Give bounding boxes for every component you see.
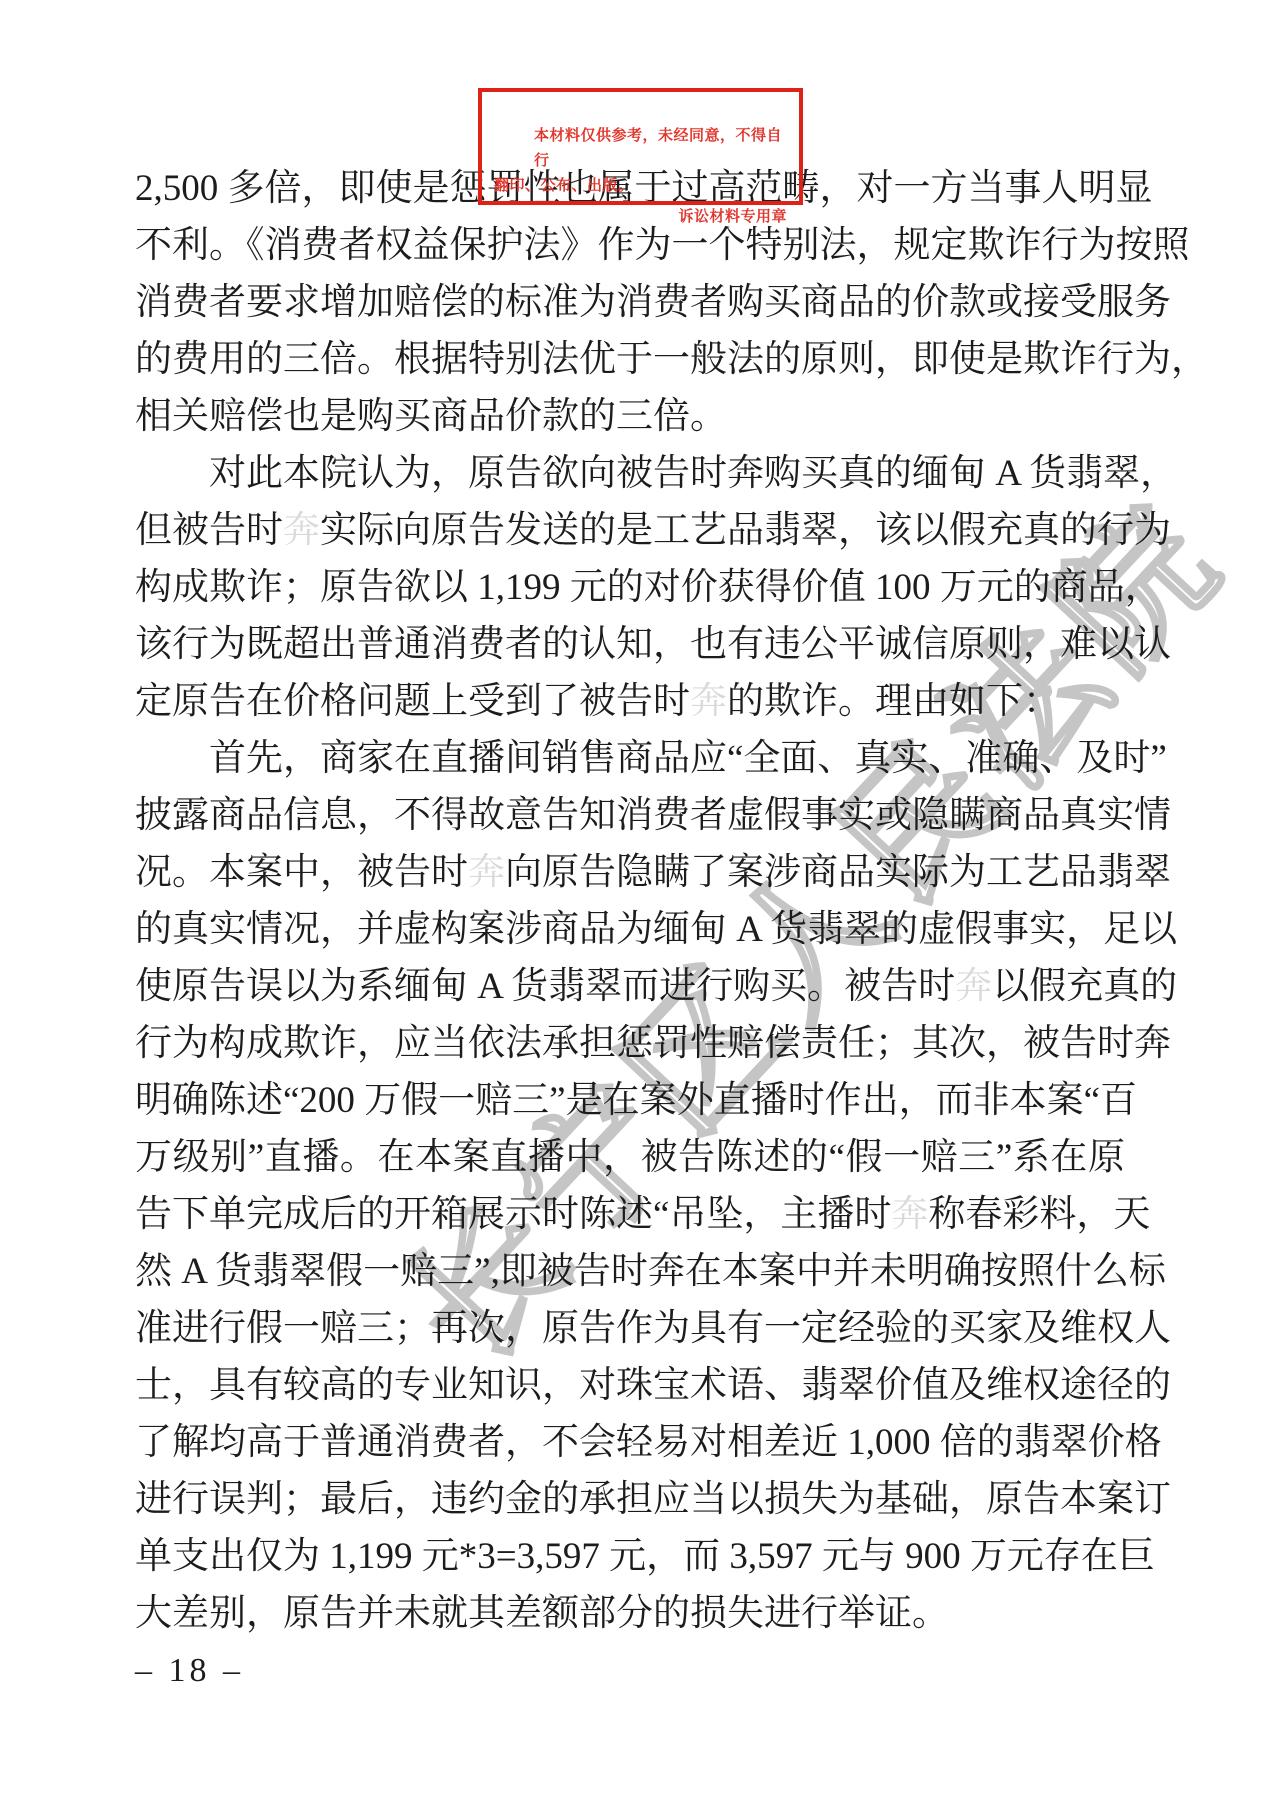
text-line: 进行误判；最后，违约金的承担应当以损失为基础，原告本案订 xyxy=(135,1471,1125,1528)
text-line: 定原告在价格问题上受到了被告时奔的欺诈。理由如下： xyxy=(135,673,1125,730)
text-line: 告下单完成后的开箱展示时陈述“吊坠，主播时奔称春彩料，天 xyxy=(135,1186,1125,1243)
page-number: – 18 – xyxy=(135,1652,244,1690)
text-line: 对此本院认为，原告欲向被告时奔购买真的缅甸 A 货翡翠， xyxy=(135,445,1125,502)
confidential-stamp: 本材料仅供参考，未经同意，不得自行 翻印、公布、出版。 诉讼材料专用章 xyxy=(478,88,803,205)
text-line: 相关赔偿也是购买商品价款的三倍。 xyxy=(135,388,1125,445)
text-line: 然 A 货翡翠假一赔三”,即被告时奔在本案中并未明确按照什么标 xyxy=(135,1243,1125,1300)
text-line: 准进行假一赔三；再次，原告作为具有一定经验的买家及维权人 xyxy=(135,1300,1125,1357)
text-line: 但被告时奔实际向原告发送的是工艺品翡翠，该以假充真的行为 xyxy=(135,502,1125,559)
text-line: 万级别”直播。在本案直播中，被告陈述的“假一赔三”系在原 xyxy=(135,1129,1125,1186)
text-line: 首先，商家在直播间销售商品应“全面、真实、准确、及时” xyxy=(135,730,1125,787)
text-line: 单支出仅为 1,199 元*3=3,597 元，而 3,597 元与 900 万… xyxy=(135,1528,1125,1585)
document-page: 长宁区人民法院 本材料仅供参考，未经同意，不得自行 翻印、公布、出版。 诉讼材料… xyxy=(0,0,1280,1811)
text-line: 大差别，原告并未就其差额部分的损失进行举证。 xyxy=(135,1585,1125,1642)
text-line: 的费用的三倍。根据特别法优于一般法的原则，即使是欺诈行为， xyxy=(135,331,1125,388)
stamp-notice-line-1: 本材料仅供参考，未经同意，不得自行 xyxy=(494,124,787,174)
text-line: 该行为既超出普通消费者的认知，也有违公平诚信原则，难以认 xyxy=(135,616,1125,673)
redacted-character: 奔 xyxy=(955,966,992,1007)
document-body: 2,500 多倍，即使是惩罚性也属于过高范畴，对一方当事人明显不利。《消费者权益… xyxy=(135,160,1125,1642)
text-line: 使原告误以为系缅甸 A 货翡翠而进行购买。被告时奔以假充真的 xyxy=(135,958,1125,1015)
text-line: 况。本案中，被告时奔向原告隐瞒了案涉商品实际为工艺品翡翠 xyxy=(135,844,1125,901)
redacted-character: 奔 xyxy=(891,1194,928,1235)
text-line: 消费者要求增加赔偿的标准为消费者购买商品的价款或接受服务 xyxy=(135,274,1125,331)
text-line: 了解均高于普通消费者，不会轻易对相差近 1,000 倍的翡翠价格 xyxy=(135,1414,1125,1471)
text-line: 士，具有较高的专业知识，对珠宝术语、翡翠价值及维权途径的 xyxy=(135,1357,1125,1414)
stamp-notice-line-2: 翻印、公布、出版。 xyxy=(494,174,787,199)
text-line: 的真实情况，并虚构案涉商品为缅甸 A 货翡翠的虚假事实，足以 xyxy=(135,901,1125,958)
text-line: 构成欺诈；原告欲以 1,199 元的对价获得价值 100 万元的商品， xyxy=(135,559,1125,616)
text-line: 行为构成欺诈，应当依法承担惩罚性赔偿责任；其次，被告时奔 xyxy=(135,1015,1125,1072)
redacted-character: 奔 xyxy=(283,510,320,551)
stamp-seal-label: 诉讼材料专用章 xyxy=(494,205,787,230)
redacted-character: 奔 xyxy=(690,681,727,722)
text-line: 明确陈述“200 万假一赔三”是在案外直播时作出，而非本案“百 xyxy=(135,1072,1125,1129)
redacted-character: 奔 xyxy=(468,852,505,893)
text-line: 披露商品信息，不得故意告知消费者虚假事实或隐瞒商品真实情 xyxy=(135,787,1125,844)
